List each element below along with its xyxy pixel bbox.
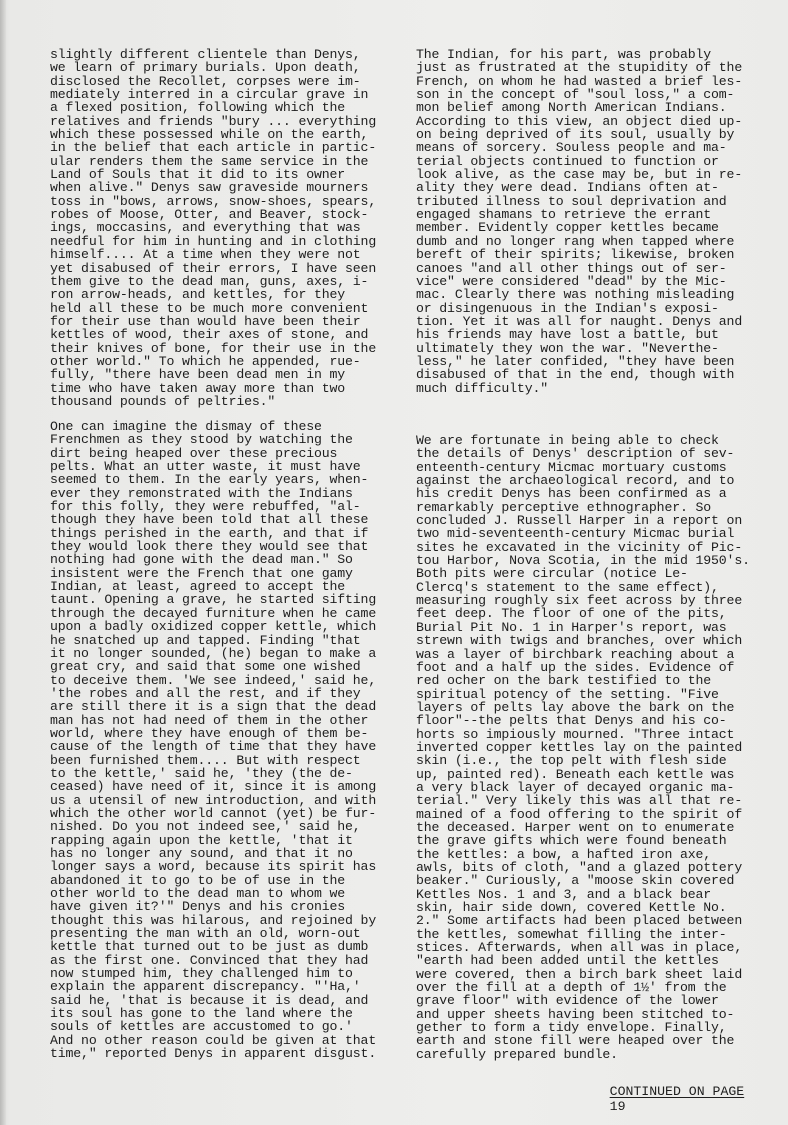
paragraph-soul-loss: The Indian, for his part, was probablyju… [416,48,742,395]
text-line: world, where they have enough of them be… [50,727,376,740]
text-line: inverted copper kettles lay on the paint… [416,741,750,754]
text-line: insistent were the French that one gamy [50,567,376,580]
text-line: kettle that turned out to be just as dum… [50,940,376,953]
text-line: much difficulty." [416,382,742,395]
text-line: other world to the dead man to whom we [50,887,376,900]
right-column: The Indian, for his part, was probablyju… [416,0,447,53]
text-line: for this folly, they were rebuffed, "al- [50,500,376,513]
text-line: presenting the man with an old, worn-out [50,927,376,940]
text-line: been furnished them.... But with respect [50,754,376,767]
text-line: taunt. Opening a grave, he started sifti… [50,593,376,606]
text-line: stices. Afterwards, when all was in plac… [416,941,750,954]
text-line: remarkably perceptive ethnographer. So [416,501,750,514]
text-line: And no other reason could be given at th… [50,1034,376,1047]
text-line: against the archaeological record, and t… [416,474,750,487]
text-line: earth and stone fill were heaped over th… [416,1034,750,1047]
text-line: are still there it is a sign that the de… [50,700,376,713]
continued-page-number: 19 [610,1099,626,1114]
text-line: ality they were dead. Indians often at- [416,181,742,194]
text-line: floor"--the pelts that Denys and his co- [416,714,750,727]
text-line: it no longer sounded, (he) began to make… [50,647,376,660]
text-line: sites he excavated in the vicinity of Pi… [416,541,750,554]
text-line: a very black layer of decayed organic ma… [416,781,750,794]
text-line: his credit Denys has been confirmed as a [416,487,750,500]
text-line: skin (i.e., the top pelt with flesh side [416,754,750,767]
text-line: concluded J. Russell Harper in a report … [416,514,750,527]
text-line: slightly different clientele than Denys, [50,48,376,61]
text-line: mac. Clearly there was nothing misleadin… [416,288,742,301]
text-line: son in the concept of "soul loss," a com… [416,88,742,101]
text-line: was a layer of birchbark reaching about … [416,648,750,661]
text-line: horts so impiously mourned. "Three intac… [416,728,750,741]
text-line: though they have been told that all thes… [50,513,376,526]
text-line: look alive, as the case may be, but in r… [416,168,742,181]
text-line: disclosed the Recollet, corpses were im- [50,75,376,88]
text-line: upon a badly oxidized copper kettle, whi… [50,620,376,633]
paragraph-archaeological-record: We are fortunate in being able to checkt… [416,434,750,1061]
text-line: kettles of wood, their axes of stone, an… [50,328,376,341]
text-line: Clercq's statement to the same effect), [416,581,750,594]
text-line: fully, "there have been dead men in my [50,368,376,381]
text-line: Both pits were circular (notice Le- [416,567,750,580]
text-line: member. Evidently copper kettles became [416,221,742,234]
text-line: measuring roughly six feet across by thr… [416,594,750,607]
text-line: two mid-seventeenth-century Micmac buria… [416,527,750,540]
text-line: nished. Do you not indeed see,' said he, [50,820,376,833]
text-line: cause of the length of time that they ha… [50,740,376,753]
text-line: nothing had gone with the dead man." So [50,553,376,566]
text-line: beaker." Curiously, a "moose skin covere… [416,874,750,887]
text-line: 2." Some artifacts had been placed betwe… [416,914,750,927]
text-line: over the fill at a depth of 1½' from the [416,981,750,994]
text-line: We are fortunate in being able to check [416,434,750,447]
text-line: awls, bits of cloth, "and a glazed potte… [416,861,750,874]
text-line: ular renders them the same service in th… [50,155,376,168]
text-line: Kettles Nos. 1 and 3, and a black bear [416,888,750,901]
text-line: souls of kettles are accustomed to go.' [50,1020,376,1033]
text-line: Burial Pit No. 1 in Harper's report, was [416,621,750,634]
text-line: thousand pounds of peltries." [50,395,376,408]
text-line: gether to form a tidy envelope. Finally, [416,1021,750,1034]
text-line: man has not had need of them in the othe… [50,714,376,727]
text-line: carefully prepared bundle. [416,1048,750,1061]
text-line: dumb and no longer rang when tapped wher… [416,235,742,248]
text-line: were covered, then a birch bark sheet la… [416,968,750,981]
text-line: the grave gifts which were found beneath [416,834,750,847]
text-line: mon belief among North American Indians. [416,101,742,114]
text-line: the deceased. Harper went on to enumerat… [416,821,750,834]
text-line: seemed to them. In the early years, when… [50,473,376,486]
text-line: vice" were considered "dead" by the Mic- [416,275,742,288]
text-line: bereft of their spirits; likewise, broke… [416,248,742,261]
text-line: pelts. What an utter waste, it must have [50,460,376,473]
text-line: explain the apparent discrepancy. "'Ha,' [50,980,376,993]
text-line: things perished in the earth, and that i… [50,527,376,540]
text-line: which these possessed while on the earth… [50,128,376,141]
text-line: them give to the dead man, guns, axes, i… [50,275,376,288]
left-column: slightly different clientele than Denys,… [50,0,81,53]
text-line: tou Harbor, Nova Scotia, in the mid 1950… [416,554,750,567]
text-line: One can imagine the dismay of these [50,420,376,433]
text-line: ever they remonstrated with the Indians [50,487,376,500]
text-line: its soul has gone to the land where the [50,1007,376,1020]
continued-label: CONTINUED ON PAGE [610,1084,745,1099]
text-line: foot and a half up the sides. Evidence o… [416,661,750,674]
text-line: on being deprived of its soul, usually b… [416,128,742,141]
text-line: means of sorcery. Souless people and ma- [416,141,742,154]
text-line: now stumped him, they challenged him to [50,967,376,980]
text-line: said he, 'that is because it is dead, an… [50,994,376,1007]
text-line: time," reported Denys in apparent disgus… [50,1047,376,1060]
text-line: or disingenuous in the Indian's exposi- [416,302,742,315]
text-line: yet disabused of their errors, I have se… [50,262,376,275]
text-line: when alive." Denys saw graveside mourner… [50,181,376,194]
text-line: mained of a food offering to the spirit … [416,808,750,821]
text-line: layers of pelts lay above the bark on th… [416,701,750,714]
text-line: up, painted red). Beneath each kettle wa… [416,768,750,781]
text-line: canoes "and all other things out of ser- [416,262,742,275]
text-line: we learn of primary burials. Upon death, [50,61,376,74]
text-line: terial." Very likely this was all that r… [416,794,750,807]
text-line: skin, hair side down, covered Kettle No. [416,901,750,914]
text-line: his friends may have lost a battle, but [416,328,742,341]
text-line: us a utensil of new introduction, and wi… [50,794,376,807]
text-line: enteenth-century Micmac mortuary customs [416,461,750,474]
text-line: feet deep. The floor of one of the pits, [416,607,750,620]
text-line: needful for him in hunting and in clothi… [50,235,376,248]
page-edge-shadow [0,0,6,1125]
text-line: a flexed position, following which the [50,101,376,114]
text-line: Land of Souls that it did to its owner [50,168,376,181]
text-line: great cry, and said that some one wished [50,660,376,673]
text-line: grave floor" with evidence of the lower [416,994,750,1007]
text-line: Frenchmen as they stood by watching the [50,433,376,446]
text-line: ron arrow-heads, and kettles, for they [50,288,376,301]
text-line: for their use than would have been their [50,315,376,328]
text-line: abandoned it to go to be of use in the [50,874,376,887]
text-line: spiritual potency of the setting. "Five [416,688,750,701]
text-line: has no longer any sound, and that it no [50,847,376,860]
text-line: engaged shamans to retrieve the errant [416,208,742,221]
text-line: other world." To which he appended, rue- [50,355,376,368]
text-line: ceased) have need of it, since it is amo… [50,780,376,793]
text-line: ings, moccasins, and everything that was [50,221,376,234]
text-line: they would look there they would see tha… [50,540,376,553]
paragraph-kettle-story: One can imagine the dismay of theseFrenc… [50,420,376,1061]
text-line: have given it?'" Denys and his cronies [50,900,376,913]
text-line: relatives and friends "bury ... everythi… [50,115,376,128]
text-line: ultimately they won the war. "Neverthe- [416,342,742,355]
text-line: which the other world cannot (yet) be fu… [50,807,376,820]
text-line: and upper sheets having been stitched to… [416,1008,750,1021]
text-line: he snatched up and tapped. Finding "that [50,634,376,647]
text-line: terial objects continued to function or [416,155,742,168]
text-line: disabused of that in the end, though wit… [416,368,742,381]
text-line: Indian, at least, agreed to accept the [50,580,376,593]
text-line: longer says a word, because its spirit h… [50,860,376,873]
text-line: just as frustrated at the stupidity of t… [416,61,742,74]
text-line: less," he later confided, "they have bee… [416,355,742,368]
text-line: their knives of bone, for their use in t… [50,342,376,355]
text-line: held all these to be much more convenien… [50,302,376,315]
continued-on-page-note: CONTINUED ON PAGE 19 [578,1069,744,1125]
text-line: to deceive them. 'We see indeed,' said h… [50,674,376,687]
document-page: slightly different clientele than Denys,… [0,0,788,1125]
text-line: the kettles: a bow, a hafted iron axe, [416,848,750,861]
text-line: to the kettle,' said he, 'they (the de- [50,767,376,780]
text-line: himself.... At a time when they were not [50,248,376,261]
text-line: red ocher on the bark testified to the [416,674,750,687]
text-line: toss in "bows, arrows, snow-shoes, spear… [50,195,376,208]
text-line: "earth had been added until the kettles [416,954,750,967]
text-line: thought this was hilarous, and rejoined … [50,914,376,927]
text-line: through the decayed furniture when he ca… [50,607,376,620]
text-line: The Indian, for his part, was probably [416,48,742,61]
text-line: 'the robes and all the rest, and if they [50,687,376,700]
text-line: robes of Moose, Otter, and Beaver, stock… [50,208,376,221]
text-line: dirt being heaped over these precious [50,447,376,460]
text-line: time who have taken away more than two [50,382,376,395]
text-line: in the belief that each article in parti… [50,141,376,154]
text-line: tion. Yet it was all for naught. Denys a… [416,315,742,328]
text-line: According to this view, an object died u… [416,115,742,128]
text-line: the details of Denys' description of sev… [416,447,750,460]
text-line: the kettles, somewhat filling the inter- [416,928,750,941]
text-line: rapping again upon the kettle, 'that it [50,834,376,847]
text-line: strewn with twigs and branches, over whi… [416,634,750,647]
paragraph-burial-customs: slightly different clientele than Denys,… [50,48,376,408]
text-line: French, on whom he had wasted a brief le… [416,75,742,88]
text-line: mediately interred in a circular grave i… [50,88,376,101]
text-line: tributed illness to soul deprivation and [416,195,742,208]
text-line: as the first one. Convinced that they ha… [50,954,376,967]
